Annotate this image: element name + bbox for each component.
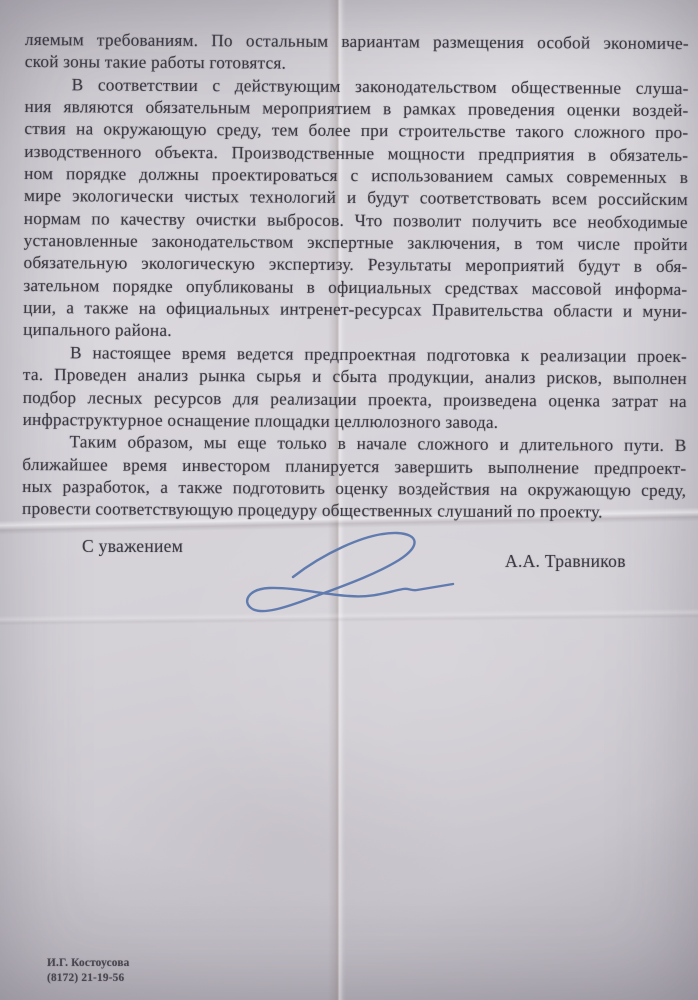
scanned-letter-photo: ляемым требованиям. По остальным вариант… [0, 0, 698, 1000]
handwritten-signature [225, 518, 485, 628]
executor-phone: (8172) 21-19-56 [47, 971, 130, 986]
signature-stroke [247, 533, 453, 611]
signer-name: А.А. Травников [505, 551, 626, 572]
executor-contact-block: И.Г. Костоусова (8172) 21-19-56 [47, 956, 130, 986]
executor-name: И.Г. Костоусова [47, 956, 130, 971]
closing-salutation: С уважением [82, 536, 183, 557]
letter-body-text: ляемым требованиям. По остальным вариант… [22, 29, 689, 525]
letter-line: та. Проведен анализ рынка сырья и сбыта … [23, 364, 687, 390]
